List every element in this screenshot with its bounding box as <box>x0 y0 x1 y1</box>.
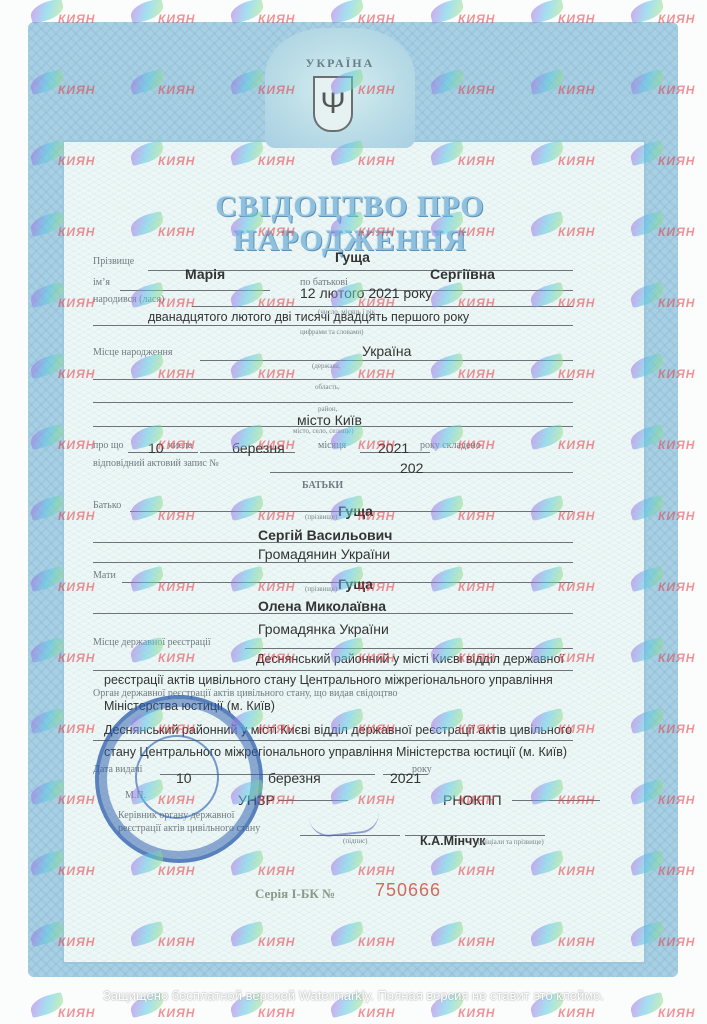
watermark-brand: КИЯН <box>58 722 95 736</box>
act-record-label: відповідний актовий запис № <box>93 458 219 469</box>
watermark-brand: КИЯН <box>158 864 195 878</box>
watermark-brand: КИЯН <box>558 83 595 97</box>
mother-name-line <box>93 613 573 614</box>
watermark-brand: КИЯН <box>458 864 495 878</box>
watermark-brand: КИЯН <box>558 296 595 310</box>
watermark-brand: КИЯН <box>58 580 95 594</box>
watermark-brand: КИЯН <box>658 722 695 736</box>
watermark-brand: КИЯН <box>158 509 195 523</box>
issue-year: 2021 <box>390 770 421 786</box>
watermark-brand: КИЯН <box>58 1006 95 1020</box>
watermark-brand: КИЯН <box>458 793 495 807</box>
watermark-brand: КИЯН <box>358 83 395 97</box>
watermark-brand: КИЯН <box>558 864 595 878</box>
born-hint-2: цифрами та словами) <box>300 328 364 336</box>
watermark-brand: КИЯН <box>358 935 395 949</box>
watermark-brand: КИЯН <box>458 509 495 523</box>
surname-label: Прізвище <box>93 256 134 267</box>
watermark-brand: КИЯН <box>158 296 195 310</box>
watermark-brand: КИЯН <box>658 12 695 26</box>
parents-heading: БАТЬКИ <box>302 480 343 491</box>
region-hint: область, <box>315 383 340 391</box>
watermark-brand: КИЯН <box>458 580 495 594</box>
watermark-brand: КИЯН <box>658 83 695 97</box>
watermark-brand: КИЯН <box>258 296 295 310</box>
watermark-brand: КИЯН <box>358 722 395 736</box>
reg-place-line-2: реєстрації актів цивільного стану Центра… <box>104 673 553 687</box>
watermark-brand: КИЯН <box>658 793 695 807</box>
watermark-brand: КИЯН <box>258 367 295 381</box>
watermark-brand: КИЯН <box>358 367 395 381</box>
watermark-footer: Защищено бесплатной версией Watermarkly.… <box>0 988 707 1003</box>
signature-hint: (підпис) <box>343 837 368 845</box>
watermark-brand: КИЯН <box>258 1006 295 1020</box>
watermark-brand: КИЯН <box>458 935 495 949</box>
birth-date-words: дванадцятого лютого дві тисячі двадцять … <box>148 310 469 324</box>
watermark-brand: КИЯН <box>258 580 295 594</box>
watermark-brand: КИЯН <box>258 12 295 26</box>
father-citizenship: Громадянин України <box>258 546 390 562</box>
father-label: Батько <box>93 500 121 511</box>
watermark-brand: КИЯН <box>58 367 95 381</box>
watermark-brand: КИЯН <box>158 580 195 594</box>
series-label: Серія І-БК № <box>255 886 335 902</box>
mother-citizenship: Громадянка України <box>258 621 389 637</box>
watermark-brand: КИЯН <box>58 225 95 239</box>
watermark-brand: КИЯН <box>58 12 95 26</box>
mother-name: Олена Миколаївна <box>258 598 386 614</box>
birth-certificate: УКРАЇНА Ψ СВІДОЦТВО ПРО НАРОДЖЕННЯ Прізв… <box>0 0 707 1024</box>
watermark-brand: КИЯН <box>458 225 495 239</box>
reg-place-line-2-rule <box>93 670 573 671</box>
watermark-brand: КИЯН <box>158 367 195 381</box>
child-name: Марія <box>185 266 225 282</box>
watermark-brand: КИЯН <box>558 935 595 949</box>
watermark-brand: КИЯН <box>558 438 595 452</box>
watermark-brand: КИЯН <box>58 509 95 523</box>
child-surname: Гуща <box>335 249 370 265</box>
watermark-brand: КИЯН <box>458 438 495 452</box>
watermark-brand: КИЯН <box>158 651 195 665</box>
watermark-brand: КИЯН <box>358 225 395 239</box>
watermark-brand: КИЯН <box>258 83 295 97</box>
watermark-brand: КИЯН <box>458 722 495 736</box>
head-name-hint: (ініціали та прізвище) <box>478 838 544 846</box>
watermark-brand: КИЯН <box>58 651 95 665</box>
watermark-brand: КИЯН <box>458 1006 495 1020</box>
watermark-brand: КИЯН <box>558 225 595 239</box>
reg-place-line-1: Деснянський районний у місті Києві відді… <box>256 652 564 666</box>
watermark-brand: КИЯН <box>158 12 195 26</box>
watermark-brand: КИЯН <box>358 12 395 26</box>
reg-place-line <box>245 648 573 649</box>
birth-country: Україна <box>362 343 411 359</box>
watermark-brand: КИЯН <box>658 935 695 949</box>
watermark-brand: КИЯН <box>458 367 495 381</box>
watermark-brand: КИЯН <box>258 225 295 239</box>
watermark-brand: КИЯН <box>358 793 395 807</box>
watermark-brand: КИЯН <box>558 1006 595 1020</box>
watermark-brand: КИЯН <box>358 864 395 878</box>
act-number: 202 <box>400 460 423 476</box>
watermark-brand: КИЯН <box>358 580 395 594</box>
watermark-brand: КИЯН <box>158 154 195 168</box>
watermark-brand: КИЯН <box>558 509 595 523</box>
watermark-brand: КИЯН <box>458 83 495 97</box>
issue-month: березня <box>268 770 321 786</box>
watermark-brand: КИЯН <box>258 438 295 452</box>
watermark-brand: КИЯН <box>158 793 195 807</box>
watermark-brand: КИЯН <box>558 12 595 26</box>
watermark-brand: КИЯН <box>358 296 395 310</box>
watermark-brand: КИЯН <box>258 509 295 523</box>
watermark-brand: КИЯН <box>658 864 695 878</box>
watermark-brand: КИЯН <box>358 154 395 168</box>
watermark-brand: КИЯН <box>358 651 395 665</box>
watermark-brand: КИЯН <box>58 935 95 949</box>
watermark-brand: КИЯН <box>658 509 695 523</box>
watermark-brand: КИЯН <box>158 83 195 97</box>
about-label: про що <box>93 440 124 451</box>
watermark-brand: КИЯН <box>558 580 595 594</box>
mother-label: Мати <box>93 570 116 581</box>
watermark-brand: КИЯН <box>258 651 295 665</box>
watermark-brand: КИЯН <box>358 509 395 523</box>
watermark-brand: КИЯН <box>558 367 595 381</box>
watermark-brand: КИЯН <box>58 154 95 168</box>
issuer-label: Орган державної реєстрації актів цивільн… <box>93 688 397 699</box>
watermark-brand: КИЯН <box>158 935 195 949</box>
district-line <box>93 402 573 403</box>
watermark-brand: КИЯН <box>558 722 595 736</box>
father-name: Сергій Васильович <box>258 527 392 543</box>
watermark-brand: КИЯН <box>358 1006 395 1020</box>
child-patronymic: Сергіївна <box>430 266 495 282</box>
serial-number: 750666 <box>375 880 441 901</box>
watermark-brand: КИЯН <box>158 438 195 452</box>
watermark-brand: КИЯН <box>358 438 395 452</box>
watermark-brand: КИЯН <box>458 651 495 665</box>
watermark-brand: КИЯН <box>258 154 295 168</box>
watermark-brand: КИЯН <box>558 651 595 665</box>
watermark-brand: КИЯН <box>158 1006 195 1020</box>
watermark-brand: КИЯН <box>158 722 195 736</box>
watermark-brand: КИЯН <box>258 722 295 736</box>
watermark-brand: КИЯН <box>58 793 95 807</box>
head-name: К.А.Мінчук <box>420 834 486 848</box>
watermark-brand: КИЯН <box>658 225 695 239</box>
watermark-brand: КИЯН <box>658 580 695 594</box>
watermark-brand: КИЯН <box>258 864 295 878</box>
watermark-brand: КИЯН <box>158 225 195 239</box>
watermark-brand: КИЯН <box>658 367 695 381</box>
name-label: ім’я <box>93 277 110 288</box>
watermark-brand: КИЯН <box>558 793 595 807</box>
watermark-brand: КИЯН <box>458 296 495 310</box>
watermark-brand: КИЯН <box>658 1006 695 1020</box>
watermark-brand: КИЯН <box>258 793 295 807</box>
watermark-brand: КИЯН <box>58 438 95 452</box>
watermark-brand: КИЯН <box>58 864 95 878</box>
watermark-brand: КИЯН <box>658 651 695 665</box>
father-citizenship-line <box>93 562 573 563</box>
watermark-brand: КИЯН <box>58 296 95 310</box>
watermark-brand: КИЯН <box>458 154 495 168</box>
watermark-brand: КИЯН <box>658 296 695 310</box>
watermark-brand: КИЯН <box>658 438 695 452</box>
born-words-line <box>93 325 573 326</box>
country-label: УКРАЇНА <box>270 56 410 71</box>
father-name-line <box>93 542 573 543</box>
watermark-brand: КИЯН <box>458 12 495 26</box>
watermark-brand: КИЯН <box>58 83 95 97</box>
watermark-brand: КИЯН <box>658 154 695 168</box>
watermark-brand: КИЯН <box>558 154 595 168</box>
signature-line <box>300 835 400 836</box>
watermark-brand: КИЯН <box>258 935 295 949</box>
